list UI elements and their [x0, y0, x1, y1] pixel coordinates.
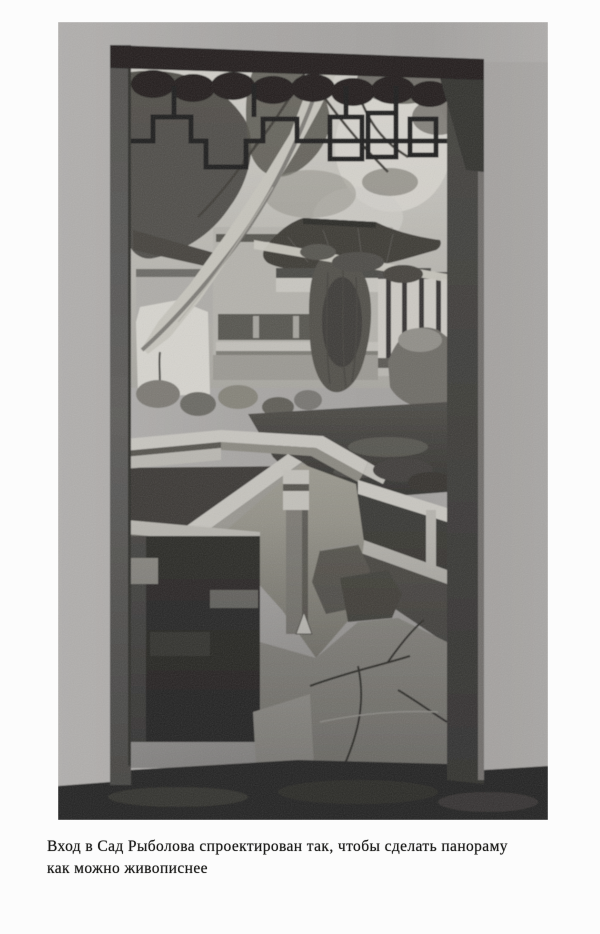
- photo-caption: Вход в Сад Рыболова спроектирован так, ч…: [47, 836, 555, 880]
- caption-line-2: как можно живописнее: [47, 858, 555, 880]
- caption-line-1: Вход в Сад Рыболова спроектирован так, ч…: [47, 836, 555, 858]
- garden-photo: [58, 22, 548, 820]
- film-grain-overlay: [58, 22, 548, 820]
- garden-photo-figure: [58, 22, 548, 820]
- book-page: Вход в Сад Рыболова спроектирован так, ч…: [0, 0, 600, 934]
